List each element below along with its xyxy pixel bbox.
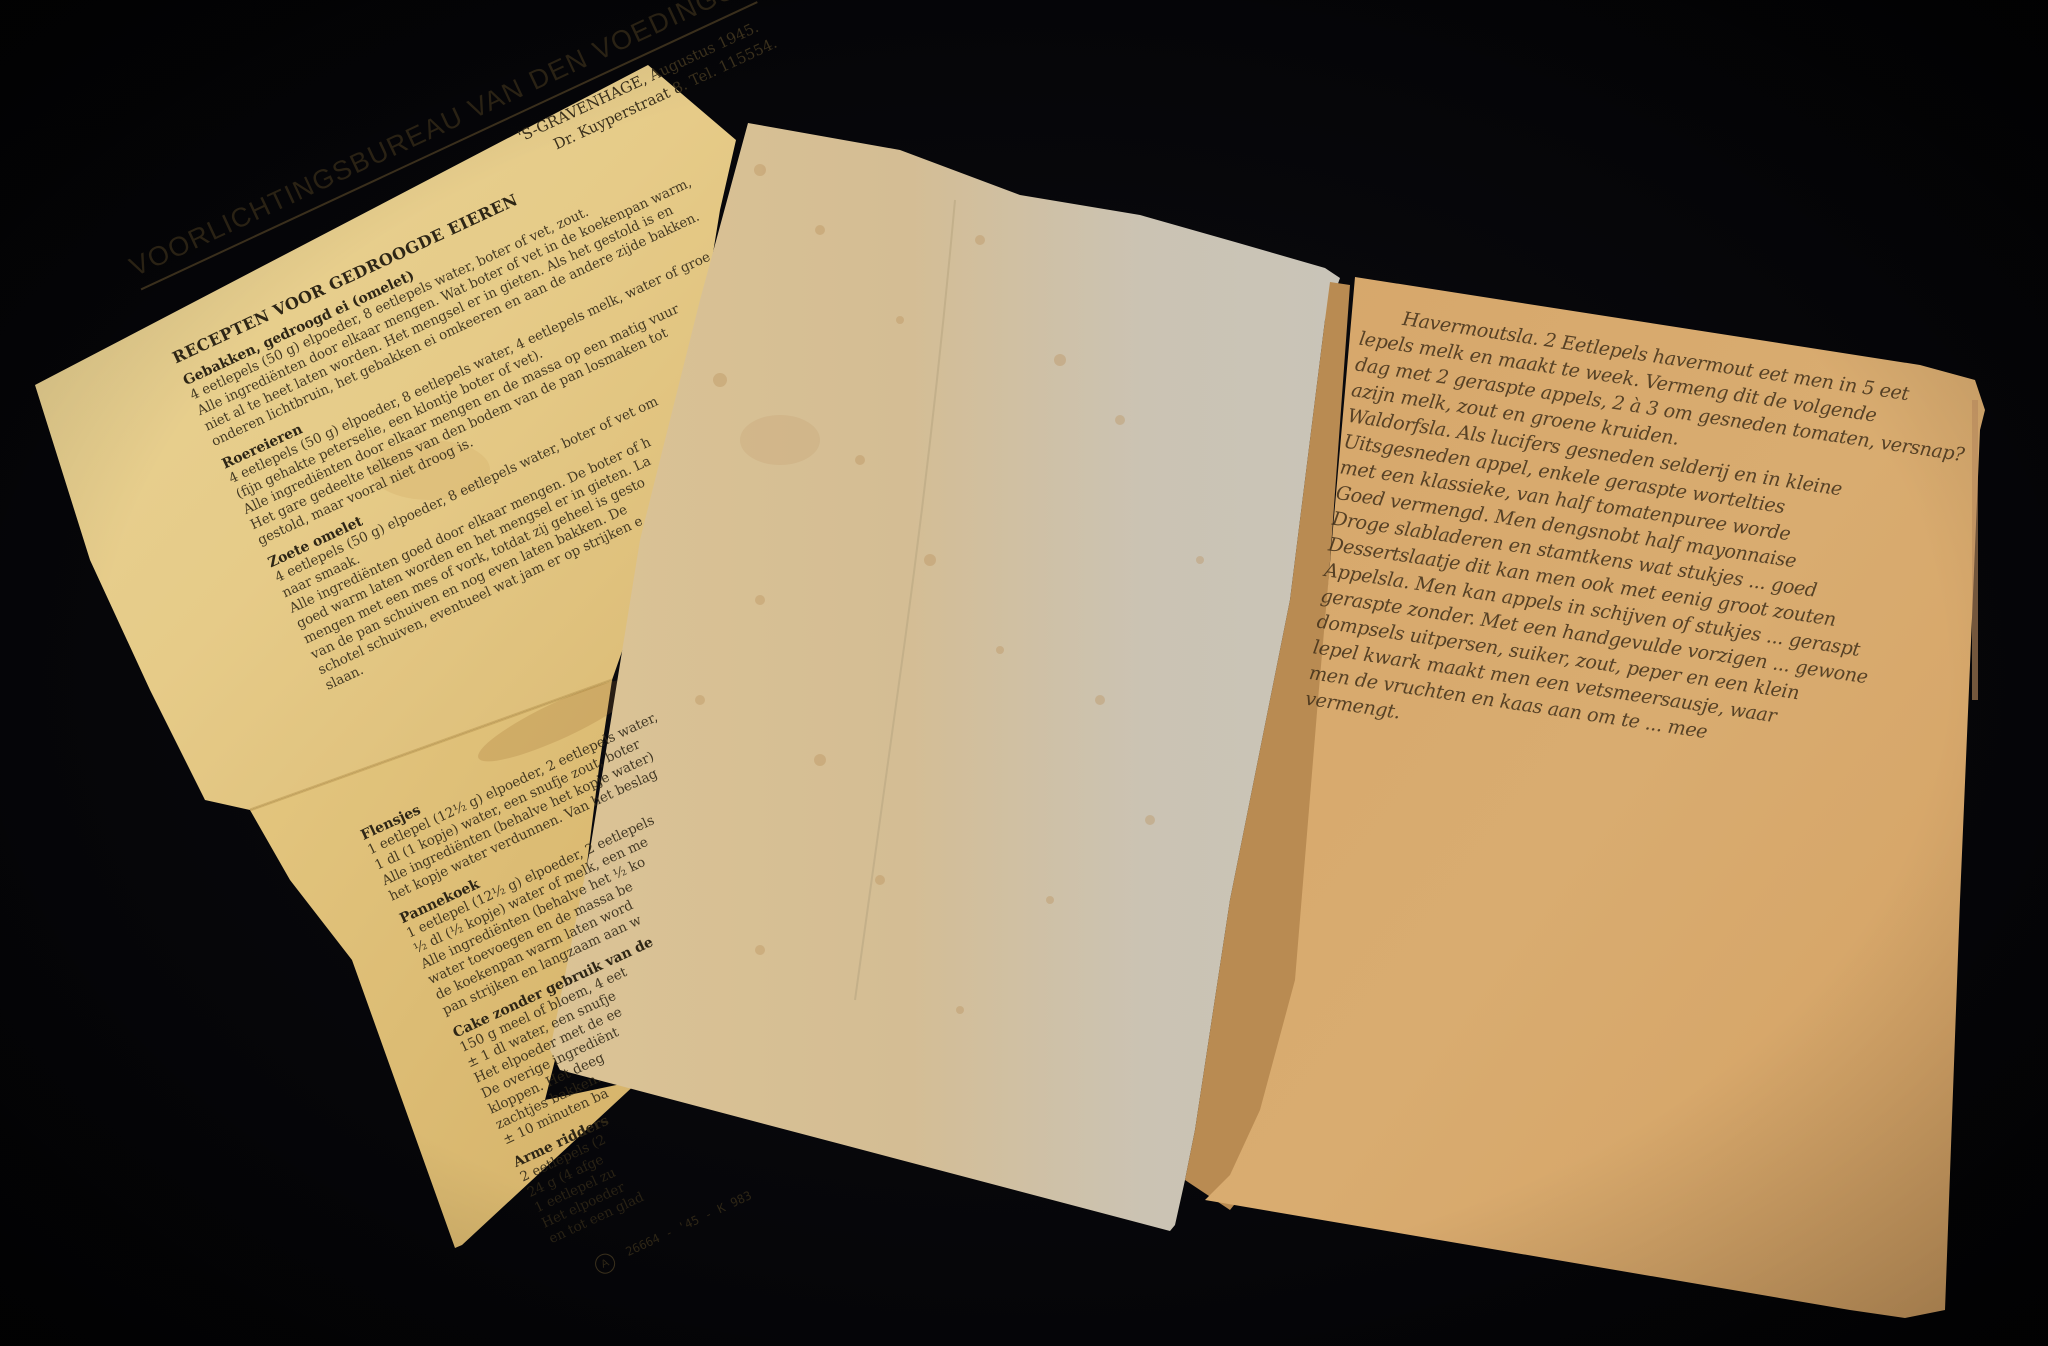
photo-scene: VOORLICHTINGSBUREAU VAN DEN VOEDINGSRAAD… <box>0 0 2048 1346</box>
notebook-handwriting: Havermoutsla. 2 Eetlepels havermout eet … <box>1304 300 1959 800</box>
